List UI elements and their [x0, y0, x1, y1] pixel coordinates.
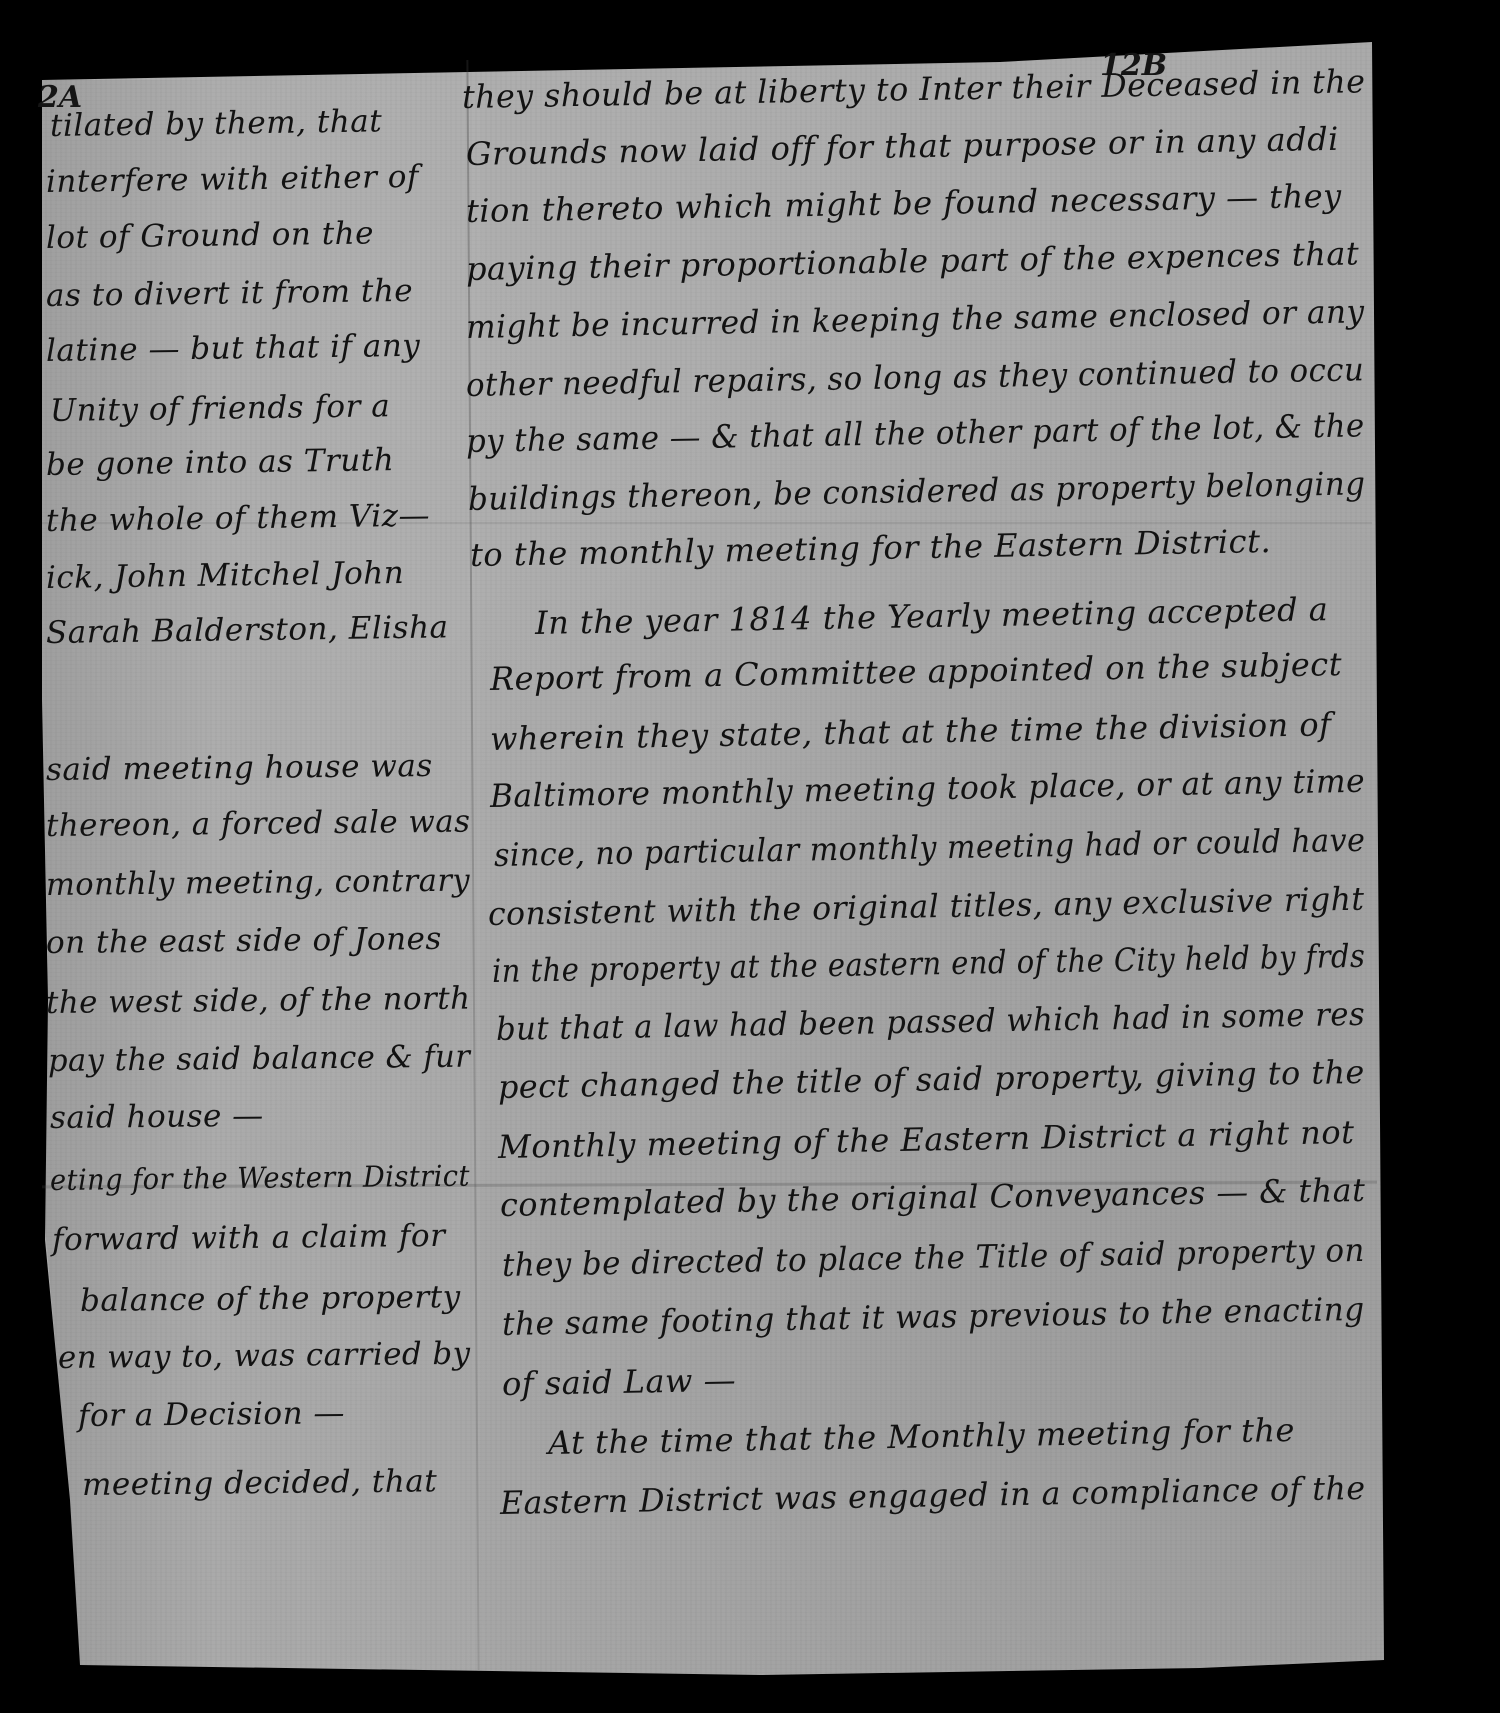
- left-line: on the east side of Jones: [46, 921, 442, 961]
- left-line: Sarah Balderston, Elisha: [46, 609, 449, 651]
- left-line: tilated by them, that: [50, 103, 383, 144]
- left-line: as to divert it from the: [46, 273, 414, 314]
- left-line: lot of Ground on the: [46, 215, 374, 256]
- left-line: said house —: [50, 1098, 264, 1136]
- left-line: said meeting house was: [46, 748, 433, 788]
- left-line: interfere with either of: [46, 159, 419, 200]
- left-line: en way to, was carried by: [58, 1336, 471, 1376]
- left-line: the west side, of the north: [46, 981, 471, 1021]
- left-line: pay the said balance & fur: [48, 1039, 471, 1079]
- left-line: eting for the Western District: [50, 1159, 470, 1197]
- left-line: Unity of friends for a: [50, 388, 391, 429]
- left-line: for a Decision —: [78, 1395, 345, 1434]
- left-line: monthly meeting, contrary: [46, 863, 470, 903]
- left-line: ick, John Mitchel John: [46, 555, 405, 596]
- left-line: balance of the property: [80, 1279, 461, 1319]
- document-viewer: 2A 12B tilated by them, that interfere w…: [0, 0, 1500, 1713]
- left-line: meeting decided, that: [82, 1463, 438, 1503]
- left-line: the whole of them Viz—: [46, 498, 430, 539]
- left-line: forward with a claim for: [52, 1218, 446, 1258]
- left-line: latine — but that if any: [46, 328, 421, 369]
- left-line: be gone into as Truth: [46, 442, 395, 483]
- right-line: of said Law —: [502, 1361, 737, 1403]
- left-line: thereon, a forced sale was: [46, 804, 471, 844]
